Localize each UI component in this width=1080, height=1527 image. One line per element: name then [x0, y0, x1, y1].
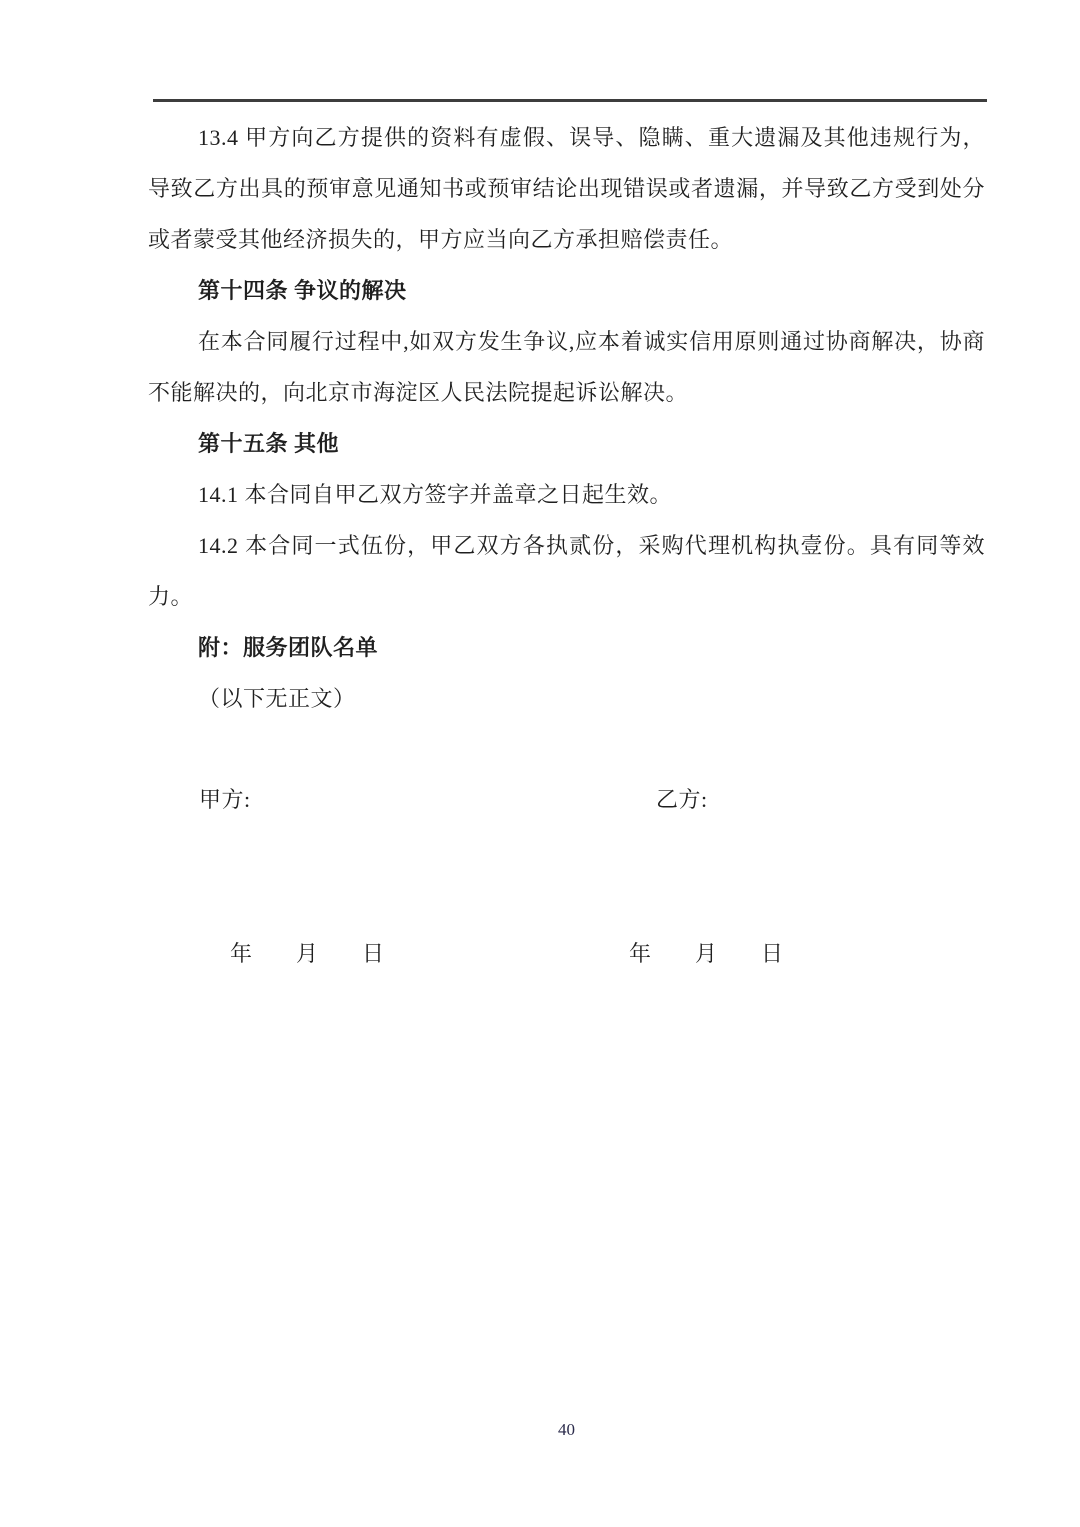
page-number: 40: [148, 1420, 985, 1440]
header-rule: [153, 99, 987, 102]
party-a-date-line: 年 月 日: [230, 941, 384, 967]
article-14-body: 在本合同履行过程中,如双方发生争议,应本着诚实信用原则通过协商解决，协商不能解决…: [148, 316, 985, 418]
clause-13-4: 13.4 甲方向乙方提供的资料有虚假、误导、隐瞒、重大遗漏及其他违规行为，导致乙…: [148, 112, 985, 265]
clause-14-2: 14.2 本合同一式伍份，甲乙双方各执贰份，采购代理机构执壹份。具有同等效力。: [148, 520, 985, 622]
contract-body: 13.4 甲方向乙方提供的资料有虚假、误导、隐瞒、重大遗漏及其他违规行为，导致乙…: [148, 112, 985, 724]
clause-14-1: 14.1 本合同自甲乙双方签字并盖章之日起生效。: [148, 469, 985, 520]
party-b-date-line: 年 月 日: [629, 941, 783, 967]
article-15-heading: 第十五条 其他: [148, 418, 985, 469]
party-b-signature-label: 乙方:: [656, 787, 708, 813]
article-14-heading: 第十四条 争议的解决: [148, 265, 985, 316]
party-a-signature-label: 甲方:: [199, 787, 251, 813]
attachment-heading: 附：服务团队名单: [148, 622, 985, 673]
contract-page: 13.4 甲方向乙方提供的资料有虚假、误导、隐瞒、重大遗漏及其他违规行为，导致乙…: [0, 0, 1080, 1527]
end-of-text-note: （以下无正文）: [148, 673, 985, 724]
